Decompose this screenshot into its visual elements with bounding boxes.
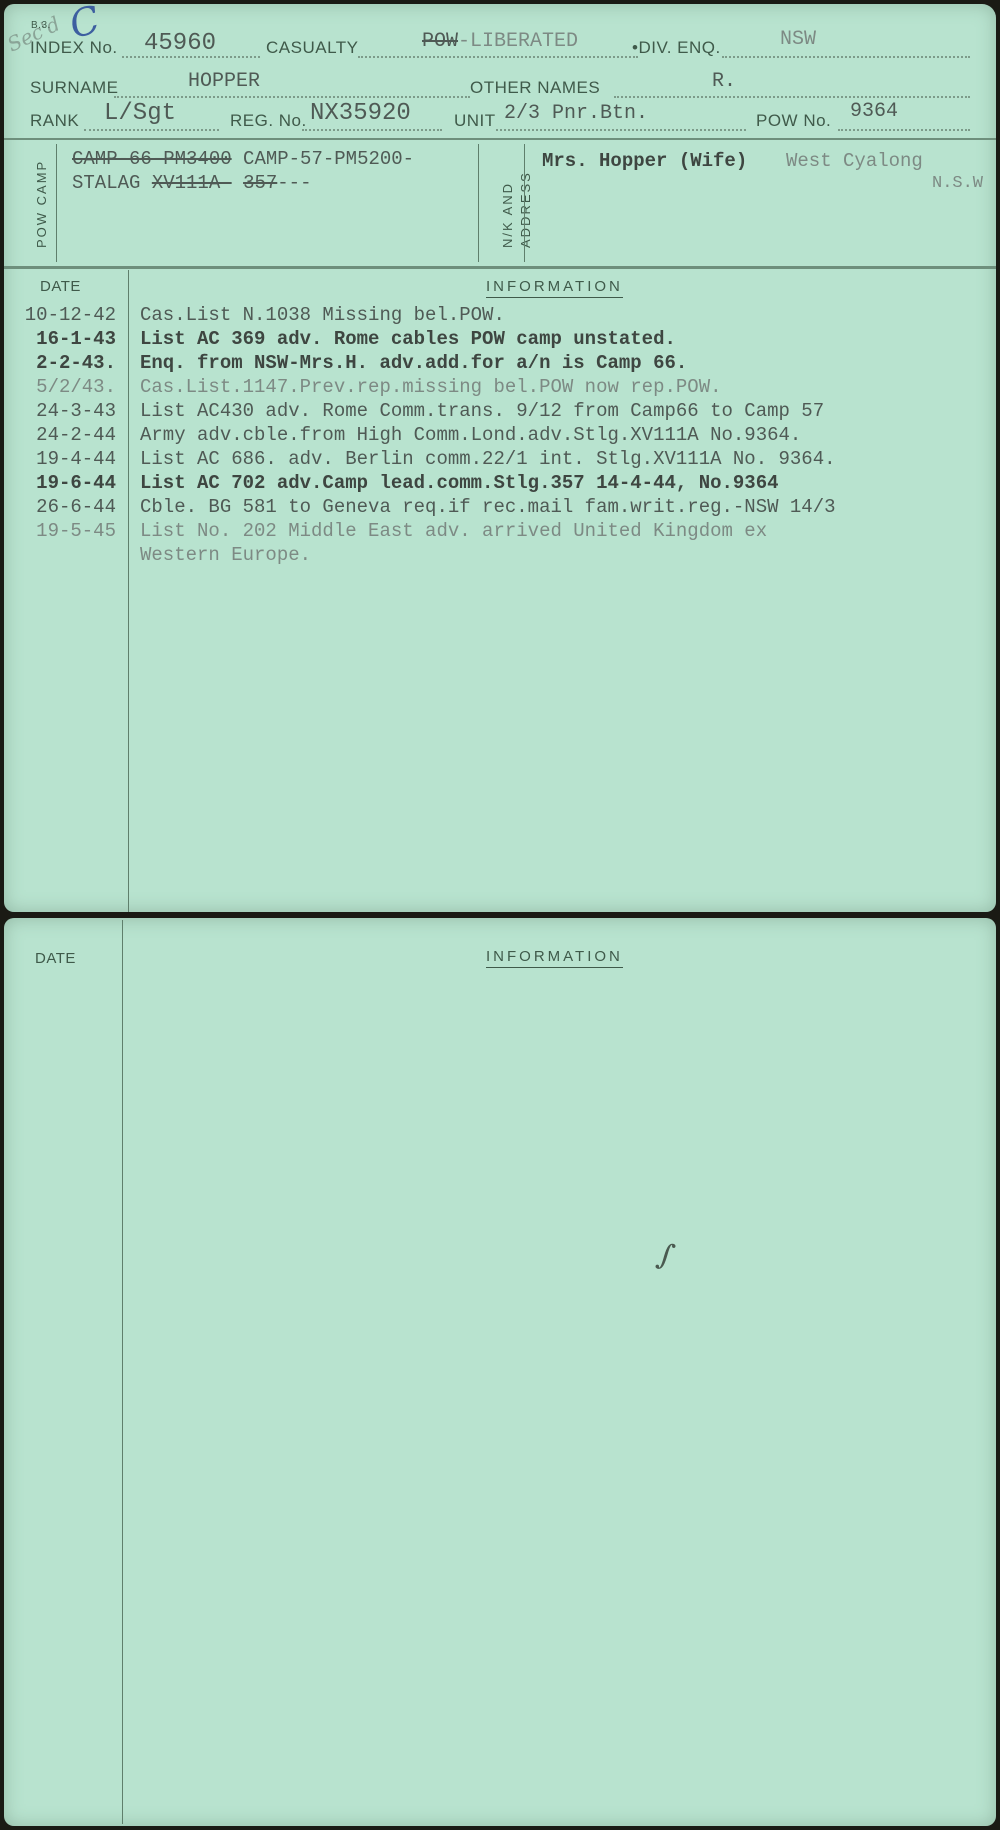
nok-address-line-2: N.S.W	[932, 174, 983, 193]
pow-camp-line-2: STALAG XV111A- 357---	[72, 172, 312, 194]
pow-camp-struck-3: 357	[243, 172, 277, 194]
row-information: List AC 702 adv.Camp lead.comm.Stlg.357 …	[140, 472, 779, 494]
record-card-front: Sec'd B.3. C INDEX No. 45960 CASUALTY PO…	[4, 4, 996, 912]
table-row: 2-2-43.Enq. from NSW-Mrs.H. adv.add.for …	[4, 352, 996, 376]
surname-dotted-line	[114, 96, 470, 98]
divider-line	[56, 144, 57, 262]
table-row: 19-5-45List No. 202 Middle East adv. arr…	[4, 520, 996, 544]
divider-line	[4, 138, 996, 140]
index-label: INDEX No.	[30, 38, 118, 58]
row-information: List AC 369 adv. Rome cables POW camp un…	[140, 328, 676, 350]
nok-name: Mrs. Hopper (Wife)	[542, 150, 747, 172]
unit-value: 2/3 Pnr.Btn.	[504, 102, 648, 125]
row-information: Cas.List N.1038 Missing bel.POW.	[140, 304, 505, 326]
information-header: INFORMATION	[486, 948, 623, 968]
row-date: 19-4-44	[36, 448, 116, 470]
table-row: 26-6-44Cble. BG 581 to Geneva req.if rec…	[4, 496, 996, 520]
pow-no-label: POW No.	[756, 111, 831, 131]
casualty-label: CASUALTY	[266, 38, 359, 58]
reg-no-value: NX35920	[310, 100, 411, 127]
other-names-value: R.	[712, 70, 736, 93]
nok-label-line-2: ADDRESS	[518, 171, 533, 248]
record-card-back: DATE INFORMATION ∫	[4, 918, 996, 1826]
div-enq-dotted-line	[722, 56, 970, 58]
other-names-dotted-line	[614, 96, 970, 98]
pencil-mark: ∫	[654, 1237, 678, 1275]
row-information: List No. 202 Middle East adv. arrived Un…	[140, 520, 767, 542]
divider-line	[4, 266, 996, 269]
pow-no-value: 9364	[850, 100, 898, 123]
rank-label: RANK	[30, 111, 79, 131]
casualty-liberated: -LIBERATED	[458, 30, 578, 53]
date-header: DATE	[40, 278, 81, 295]
pow-camp-dashes: ---	[277, 172, 311, 194]
unit-dotted-line	[496, 129, 746, 131]
row-information: Enq. from NSW-Mrs.H. adv.add.for a/n is …	[140, 352, 687, 374]
row-date: 26-6-44	[36, 496, 116, 518]
casualty-struck: POW	[422, 30, 458, 53]
row-information: Army adv.cble.from High Comm.Lond.adv.St…	[140, 424, 801, 446]
nok-address-line-1: West Cyalong	[786, 150, 923, 172]
row-information: Cas.List.1147.Prev.rep.missing bel.POW n…	[140, 376, 722, 398]
pow-camp-57: CAMP-57-PM5200-	[243, 148, 414, 170]
reg-no-label: REG. No.	[230, 111, 307, 131]
table-row: 5/2/43.Cas.List.1147.Prev.rep.missing be…	[4, 376, 996, 400]
table-row: 19-6-44List AC 702 adv.Camp lead.comm.St…	[4, 472, 996, 496]
divider-line	[478, 144, 479, 262]
index-value: 45960	[144, 30, 216, 57]
pow-no-dotted-line	[838, 129, 970, 131]
row-information: Western Europe.	[140, 544, 311, 566]
surname-value: HOPPER	[188, 70, 260, 93]
table-row: 10-12-42Cas.List N.1038 Missing bel.POW.	[4, 304, 996, 328]
rank-dotted-line	[84, 129, 219, 131]
divider-line	[524, 144, 525, 262]
table-row: Western Europe.	[4, 544, 996, 568]
information-header: INFORMATION	[486, 278, 623, 298]
rank-value: L/Sgt	[104, 100, 176, 127]
row-information: List AC430 adv. Rome Comm.trans. 9/12 fr…	[140, 400, 824, 422]
casualty-dotted-line	[358, 56, 638, 58]
table-column-divider	[122, 920, 123, 1824]
row-date: 2-2-43.	[36, 352, 116, 374]
date-header: DATE	[35, 950, 76, 967]
pow-camp-struck-1: CAMP-66-PM3400	[72, 148, 232, 170]
pow-camp-struck-2: XV111A-	[152, 172, 232, 194]
pow-camp-label: POW CAMP	[34, 160, 49, 248]
div-enq-value: NSW	[780, 28, 816, 51]
table-row: 16-1-43List AC 369 adv. Rome cables POW …	[4, 328, 996, 352]
unit-label: UNIT	[454, 111, 496, 131]
div-enq-label-text: DIV. ENQ.	[638, 38, 720, 57]
other-names-label: OTHER NAMES	[470, 78, 600, 98]
table-row: 19-4-44List AC 686. adv. Berlin comm.22/…	[4, 448, 996, 472]
pow-camp-stalag: STALAG	[72, 172, 140, 194]
surname-label: SURNAME	[30, 78, 119, 98]
row-information: List AC 686. adv. Berlin comm.22/1 int. …	[140, 448, 836, 470]
div-enq-label: •DIV. ENQ.	[632, 38, 721, 58]
row-date: 24-2-44	[36, 424, 116, 446]
row-information: Cble. BG 581 to Geneva req.if rec.mail f…	[140, 496, 836, 518]
row-date: 19-5-45	[36, 520, 116, 542]
pow-camp-line-1: CAMP-66-PM3400 CAMP-57-PM5200-	[72, 148, 414, 170]
nok-label-line-1: N/K AND	[500, 182, 515, 248]
table-row: 24-2-44Army adv.cble.from High Comm.Lond…	[4, 424, 996, 448]
row-date: 24-3-43	[36, 400, 116, 422]
row-date: 19-6-44	[36, 472, 116, 494]
table-row: 24-3-43List AC430 adv. Rome Comm.trans. …	[4, 400, 996, 424]
reg-no-dotted-line	[302, 129, 442, 131]
row-date: 16-1-43	[36, 328, 116, 350]
casualty-value: POW-LIBERATED	[422, 30, 578, 53]
row-date: 10-12-42	[25, 304, 116, 326]
form-code: B.3.	[31, 20, 51, 31]
row-date: 5/2/43.	[36, 376, 116, 398]
